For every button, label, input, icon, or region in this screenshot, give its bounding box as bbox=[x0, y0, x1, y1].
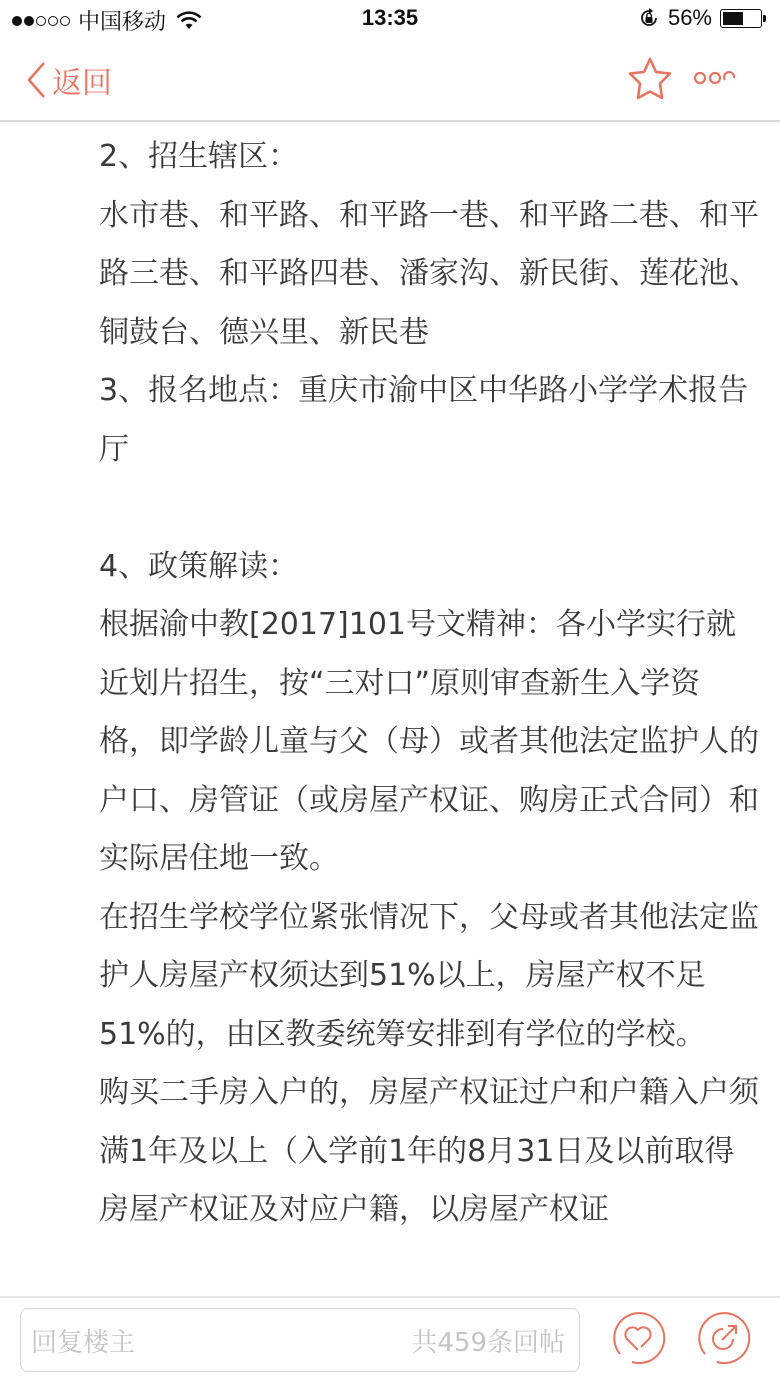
back-label: 返回 bbox=[52, 58, 112, 102]
blank-line bbox=[99, 479, 759, 538]
nav-bar: 返回 bbox=[0, 40, 780, 122]
more-options-icon[interactable] bbox=[693, 65, 739, 91]
bottom-bar: 回复楼主 共459条回帖 bbox=[0, 1296, 780, 1387]
battery-icon bbox=[720, 9, 766, 28]
favorite-star-icon[interactable] bbox=[627, 56, 673, 102]
section-title-policy: 4、政策解读： bbox=[99, 538, 759, 597]
policy-paragraph-2: 在招生学校学位紧张情况下，父母或者其他法定监护人房屋产权须达到51%以上，房屋产… bbox=[99, 889, 759, 1065]
chevron-left-icon bbox=[24, 60, 48, 100]
district-list: 水市巷、和平路、和平路一巷、和平路二巷、和平路三巷、和平路四巷、潘家沟、新民街、… bbox=[99, 187, 759, 363]
reply-input[interactable]: 回复楼主 共459条回帖 bbox=[20, 1308, 580, 1372]
rotation-lock-icon bbox=[638, 7, 660, 29]
policy-paragraph-3: 购买二手房入户的，房屋产权证过户和户籍入户须满1年及以上（入学前1年的8月31日… bbox=[99, 1064, 759, 1240]
like-heart-icon[interactable] bbox=[610, 1310, 666, 1366]
reply-count: 共459条回帖 bbox=[411, 1322, 565, 1359]
battery-percent: 56% bbox=[668, 5, 712, 31]
status-right: 56% bbox=[638, 5, 766, 31]
back-button[interactable]: 返回 bbox=[24, 58, 112, 102]
status-bar: 中国移动 13:35 56% bbox=[0, 0, 780, 40]
registration-location: 3、报名地点：重庆市渝中区中华路小学学术报告厅 bbox=[99, 362, 759, 479]
section-title-district: 2、招生辖区： bbox=[99, 128, 759, 187]
battery-fill bbox=[723, 12, 743, 25]
share-icon[interactable] bbox=[695, 1310, 751, 1366]
policy-paragraph-1: 根据渝中教[2017]101号文精神：各小学实行就近划片招生，按“三对口”原则审… bbox=[99, 596, 759, 889]
reply-placeholder: 回复楼主 bbox=[31, 1322, 135, 1359]
post-content: 2、招生辖区： 水市巷、和平路、和平路一巷、和平路二巷、和平路三巷、和平路四巷、… bbox=[99, 128, 759, 1240]
